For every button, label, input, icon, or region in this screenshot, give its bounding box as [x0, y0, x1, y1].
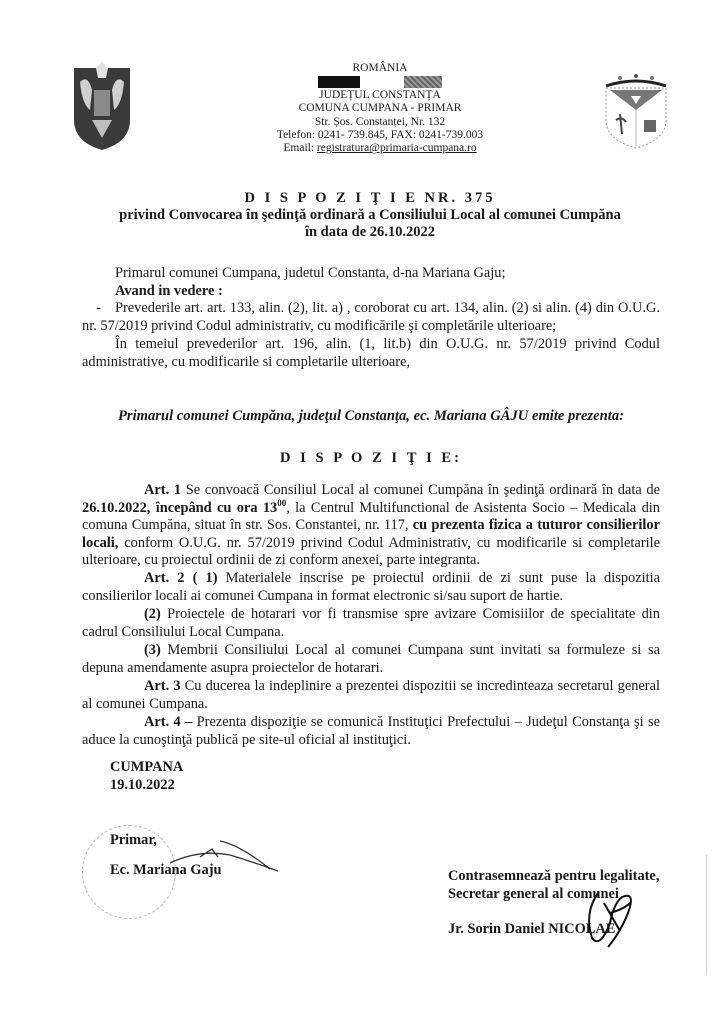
address: Str. Șos. Constanței, Nr. 132 [200, 116, 560, 129]
article-2-p3: Membrii Consiliului Local al comunei Cum… [82, 642, 660, 676]
redaction-block [404, 76, 442, 88]
article-1: Art. 1 Se convoacă Consiliul Local al co… [82, 482, 660, 570]
disposition-subject: privind Convocarea în şedinţă ordinară a… [100, 207, 640, 224]
redaction-block [318, 76, 360, 88]
issue-date: 19.10.2022 [110, 776, 183, 794]
mayor-name: Ec. Mariana Gaju [110, 860, 222, 880]
preamble-temei: În temeiul prevederilor art. 196, alin. … [82, 336, 660, 371]
institution-header: ROMÂNIA JUDEȚUL CONSTANȚA COMUNA CUMPANA… [200, 62, 560, 156]
article-1-text-c: conform O.U.G. nr. 57/2019 privind Codul… [82, 535, 660, 569]
scan-edge-mark [706, 855, 707, 975]
cumpana-coat-of-arms-icon [600, 70, 672, 150]
county-name: JUDEȚUL CONSTANȚA [200, 89, 560, 102]
mayor-signature-block: Primar, Ec. Mariana Gaju [110, 830, 222, 880]
romania-coat-of-arms-icon [70, 60, 134, 152]
preamble-bullet: -Prevederile art. art. 133, alin. (2), l… [82, 300, 660, 335]
commune-name: COMUNA CUMPANA - PRIMAR [200, 102, 560, 115]
email-label: Email: [283, 142, 314, 154]
article-1-date: 26.10.2022, începând cu ora 13 [82, 500, 277, 516]
email-link[interactable]: registratura@primaria-cumpana.ro [317, 142, 477, 154]
article-2-label: Art. 2 ( 1) [144, 570, 218, 586]
place: CUMPANA [110, 758, 183, 776]
email-line: Email: registratura@primaria-cumpana.ro [200, 142, 560, 155]
article-1-label: Art. 1 [144, 482, 181, 498]
disposition-number: D I S P O Z I Ţ I E NR. 375 [100, 190, 640, 207]
article-2-para-2: (2) Proiectele de hotarari vor fi transm… [82, 606, 660, 641]
article-2-para-1: Art. 2 ( 1) Materialele inscrise pe proi… [82, 570, 660, 605]
place-date: CUMPANA 19.10.2022 [110, 758, 183, 794]
secretary-signature-icon [580, 883, 640, 953]
article-3: Art. 3 Cu ducerea la indeplinire a preze… [82, 678, 660, 713]
emit-statement: Primarul comunei Cumpăna, judeţul Consta… [82, 408, 660, 425]
article-2-p2: Proiectele de hotarari vor fi transmise … [82, 606, 660, 640]
meeting-date-line: în data de 26.10.2022 [100, 224, 640, 241]
mayor-role: Primar, [110, 830, 222, 850]
article-4-label: Art. 4 – [144, 714, 192, 730]
article-1-text-a: Se convoacă Consiliul Local al comunei C… [181, 482, 660, 498]
article-1-time-sup: 00 [277, 498, 286, 508]
phone-fax: Telefon: 0241- 739.845, FAX: 0241-739.00… [200, 129, 560, 142]
country-name: ROMÂNIA [200, 62, 560, 75]
preamble-intro: Primarul comunei Cumpana, judetul Consta… [82, 265, 660, 283]
redacted-marks [200, 75, 560, 88]
article-2-label-3: (3) [144, 642, 161, 658]
article-2-para-3: (3) Membrii Consiliului Local al comunei… [82, 642, 660, 677]
bullet-text: Prevederile art. art. 133, alin. (2), li… [82, 300, 660, 334]
article-2-label-2: (2) [144, 606, 161, 622]
document-title: D I S P O Z I Ţ I E NR. 375 privind Conv… [100, 190, 640, 241]
preamble-avand: Avand in vedere : [82, 283, 660, 301]
article-3-label: Art. 3 [144, 678, 181, 694]
article-4: Art. 4 – Prezenta dispoziţie se comunică… [82, 714, 660, 749]
bullet-marker: - [82, 300, 115, 318]
dispozitie-heading: D I S P O Z I Ţ I E: [82, 450, 660, 467]
